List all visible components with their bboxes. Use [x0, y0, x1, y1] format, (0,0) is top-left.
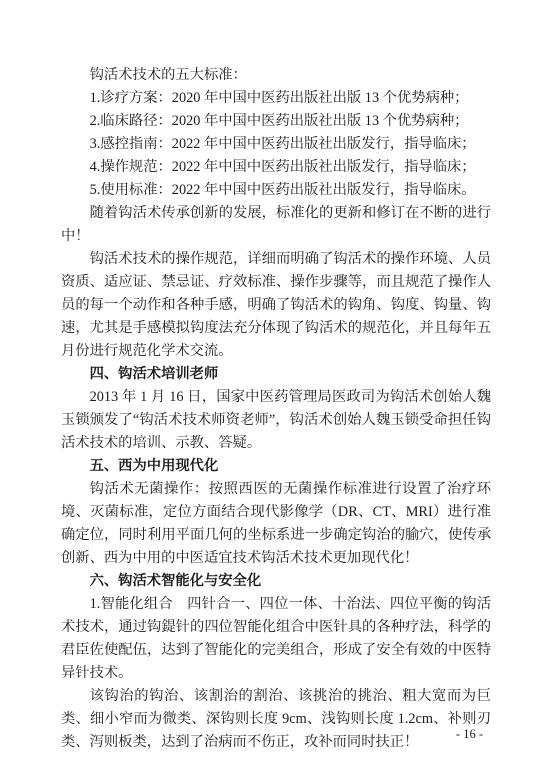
document-page: 钩活术技术的五大标准：1.诊疗方案：2020 年中国中医药出版社出版 13 个优…: [0, 0, 551, 778]
paragraph: 钩活术无菌操作：按照西医的无菌操作标准进行设置了治疗环境、灭菌标准，定位方面结合…: [61, 478, 491, 570]
paragraph: 4.操作规范：2022 年中国中医药出版社出版发行，指导临床；: [61, 156, 491, 179]
paragraph: 钩活术技术的操作规范，详细而明确了钩活术的操作环境、人员资质、适应证、禁忌证、疗…: [61, 248, 491, 363]
paragraph: 钩活术技术的五大标准：: [61, 64, 491, 87]
page-number: - 16 -: [456, 726, 483, 742]
section-heading: 六、钩活术智能化与安全化: [61, 570, 491, 593]
paragraph: 3.感控指南：2022 年中国中医药出版社出版发行，指导临床；: [61, 133, 491, 156]
paragraph: 随着钩活术传承创新的发展，标准化的更新和修订在不断的进行中！: [61, 202, 491, 248]
section-heading: 五、西为中用现代化: [61, 455, 491, 478]
paragraph: 1.智能化组合 四针合一、四位一体、十治法、四位平衡的钩活术技术，通过钩鍉针的四…: [61, 593, 491, 685]
section-heading: 四、钩活术培训老师: [61, 363, 491, 386]
paragraph: 该钩治的钩治、该割治的割治、该挑治的挑治、粗大宽而为巨类、细小窄而为微类、深钩则…: [61, 685, 491, 754]
paragraph: 2.临床路径：2020 年中国中医药出版社出版 13 个优势病种；: [61, 110, 491, 133]
paragraph: 1.诊疗方案：2020 年中国中医药出版社出版 13 个优势病种；: [61, 87, 491, 110]
paragraph: 5.使用标准：2022 年中国中医药出版社出版发行，指导临床。: [61, 179, 491, 202]
document-body: 钩活术技术的五大标准：1.诊疗方案：2020 年中国中医药出版社出版 13 个优…: [61, 64, 491, 754]
paragraph: 2013 年 1 月 16 日，国家中医药管理局医政司为钩活术创始人魏玉锁颁发了…: [61, 386, 491, 455]
